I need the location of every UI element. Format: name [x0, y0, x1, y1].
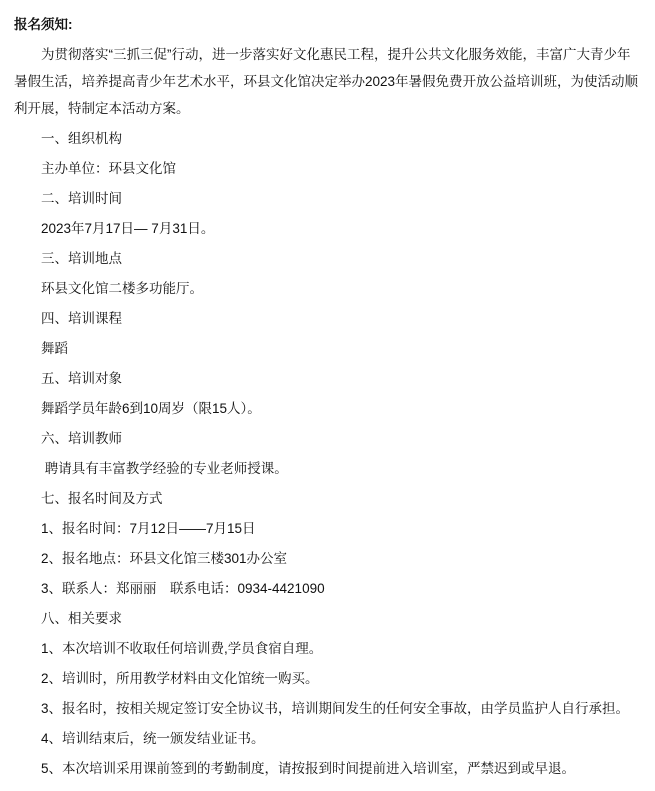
section-heading-registration-time-method: 七、报名时间及方式 — [14, 485, 641, 512]
requirement-line-2: 2、培训时，所用教学材料由文化馆统一购买。 — [14, 665, 641, 692]
training-location-line: 环县文化馆二楼多功能厅。 — [14, 275, 641, 302]
section-heading-training-target: 五、培训对象 — [14, 365, 641, 392]
intro-paragraph: 为贯彻落实“三抓三促”行动，进一步落实好文化惠民工程，提升公共文化服务效能，丰富… — [14, 41, 641, 122]
registration-notice-document: 报名须知: 为贯彻落实“三抓三促”行动，进一步落实好文化惠民工程，提升公共文化服… — [0, 0, 655, 791]
training-teacher-line: 聘请具有丰富教学经验的专业老师授课。 — [14, 455, 641, 482]
section-heading-requirements: 八、相关要求 — [14, 605, 641, 632]
document-title: 报名须知: — [14, 11, 641, 38]
training-course-line: 舞蹈 — [14, 335, 641, 362]
training-time-line: 2023年7月17日— 7月31日。 — [14, 215, 641, 242]
section-heading-training-course: 四、培训课程 — [14, 305, 641, 332]
contact-line: 3、联系人：郑丽丽 联系电话：0934-4421090 — [14, 575, 641, 602]
requirement-line-5: 5、本次培训采用课前签到的考勤制度，请按报到时间提前进入培训室，严禁迟到或早退。 — [14, 755, 641, 782]
requirement-line-3: 3、报名时，按相关规定签订安全协议书，培训期间发生的任何安全事故，由学员监护人自… — [14, 695, 641, 722]
section-heading-training-teacher: 六、培训教师 — [14, 425, 641, 452]
section-heading-organization: 一、组织机构 — [14, 125, 641, 152]
training-target-line: 舞蹈学员年龄6到10周岁（限15人）。 — [14, 395, 641, 422]
registration-time-line: 1、报名时间：7月12日——7月15日 — [14, 515, 641, 542]
registration-location-line: 2、报名地点：环县文化馆三楼301办公室 — [14, 545, 641, 572]
section-heading-training-time: 二、培训时间 — [14, 185, 641, 212]
requirement-line-1: 1、本次培训不收取任何培训费,学员食宿自理。 — [14, 635, 641, 662]
organizer-line: 主办单位：环县文化馆 — [14, 155, 641, 182]
requirement-line-4: 4、培训结束后，统一颁发结业证书。 — [14, 725, 641, 752]
section-heading-training-location: 三、培训地点 — [14, 245, 641, 272]
